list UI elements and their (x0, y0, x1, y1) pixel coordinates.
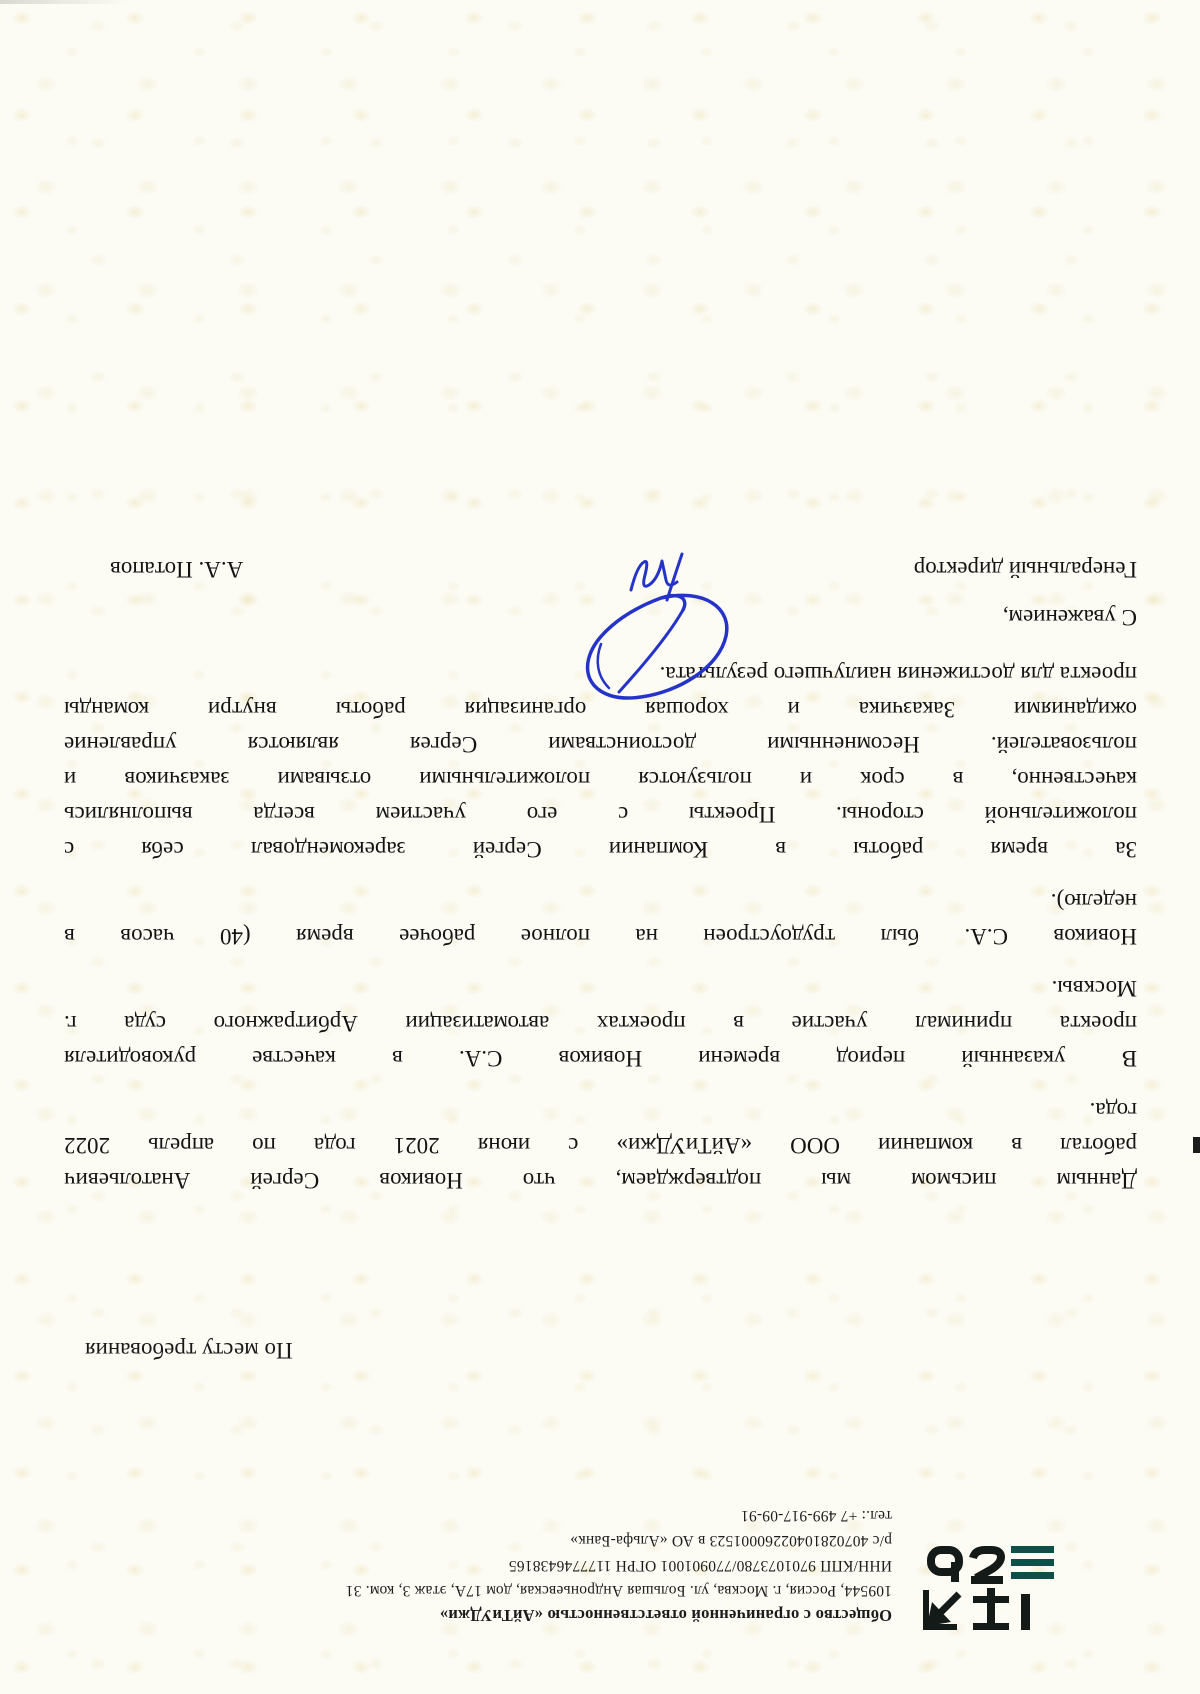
scanned-letter-page: Общество с ограниченной ответственностью… (0, 0, 1200, 1694)
paragraph-role-projects: В указанный период времени Новиков С.А. … (64, 971, 1137, 1076)
letter-content-rotated: Общество с ограниченной ответственностью… (0, 0, 1200, 1694)
paragraph-working-hours: Новиков С.А. был трудоустроен на полное … (64, 884, 1137, 954)
recipient-line: По месту требования (85, 1337, 293, 1363)
scan-corner-shade (0, 0, 130, 4)
letterhead-text: Общество с ограниченной ответственностью… (346, 1503, 892, 1630)
paragraph-employment-confirmation: Данным письмом мы подтверждаем, что Нови… (64, 1093, 1137, 1198)
signature-ink (561, 546, 737, 712)
scan-edge-artifact (1193, 1137, 1200, 1153)
company-bank-account: р/с 40702810402260001523 в АО «Альфа-Бан… (346, 1528, 892, 1553)
itg-logo-icon (923, 1544, 1054, 1630)
company-name: Общество с ограниченной ответственностью… (346, 1603, 892, 1628)
company-address: 109544, Россия, г. Москва, ул. Большая А… (346, 1578, 892, 1603)
signer-name: А.А. Потапов (110, 555, 243, 583)
company-registration: ИНН/КПП 9701073780/770901001 ОГРН 117774… (346, 1553, 892, 1578)
company-phone: тел.: +7 499-917-09-91 (346, 1503, 892, 1528)
letter-body: Данным письмом мы подтверждаем, что Нови… (64, 640, 1137, 1198)
letterhead: Общество с ограниченной ответственностью… (346, 1503, 1054, 1630)
signer-title: Генеральный директор (914, 555, 1137, 583)
